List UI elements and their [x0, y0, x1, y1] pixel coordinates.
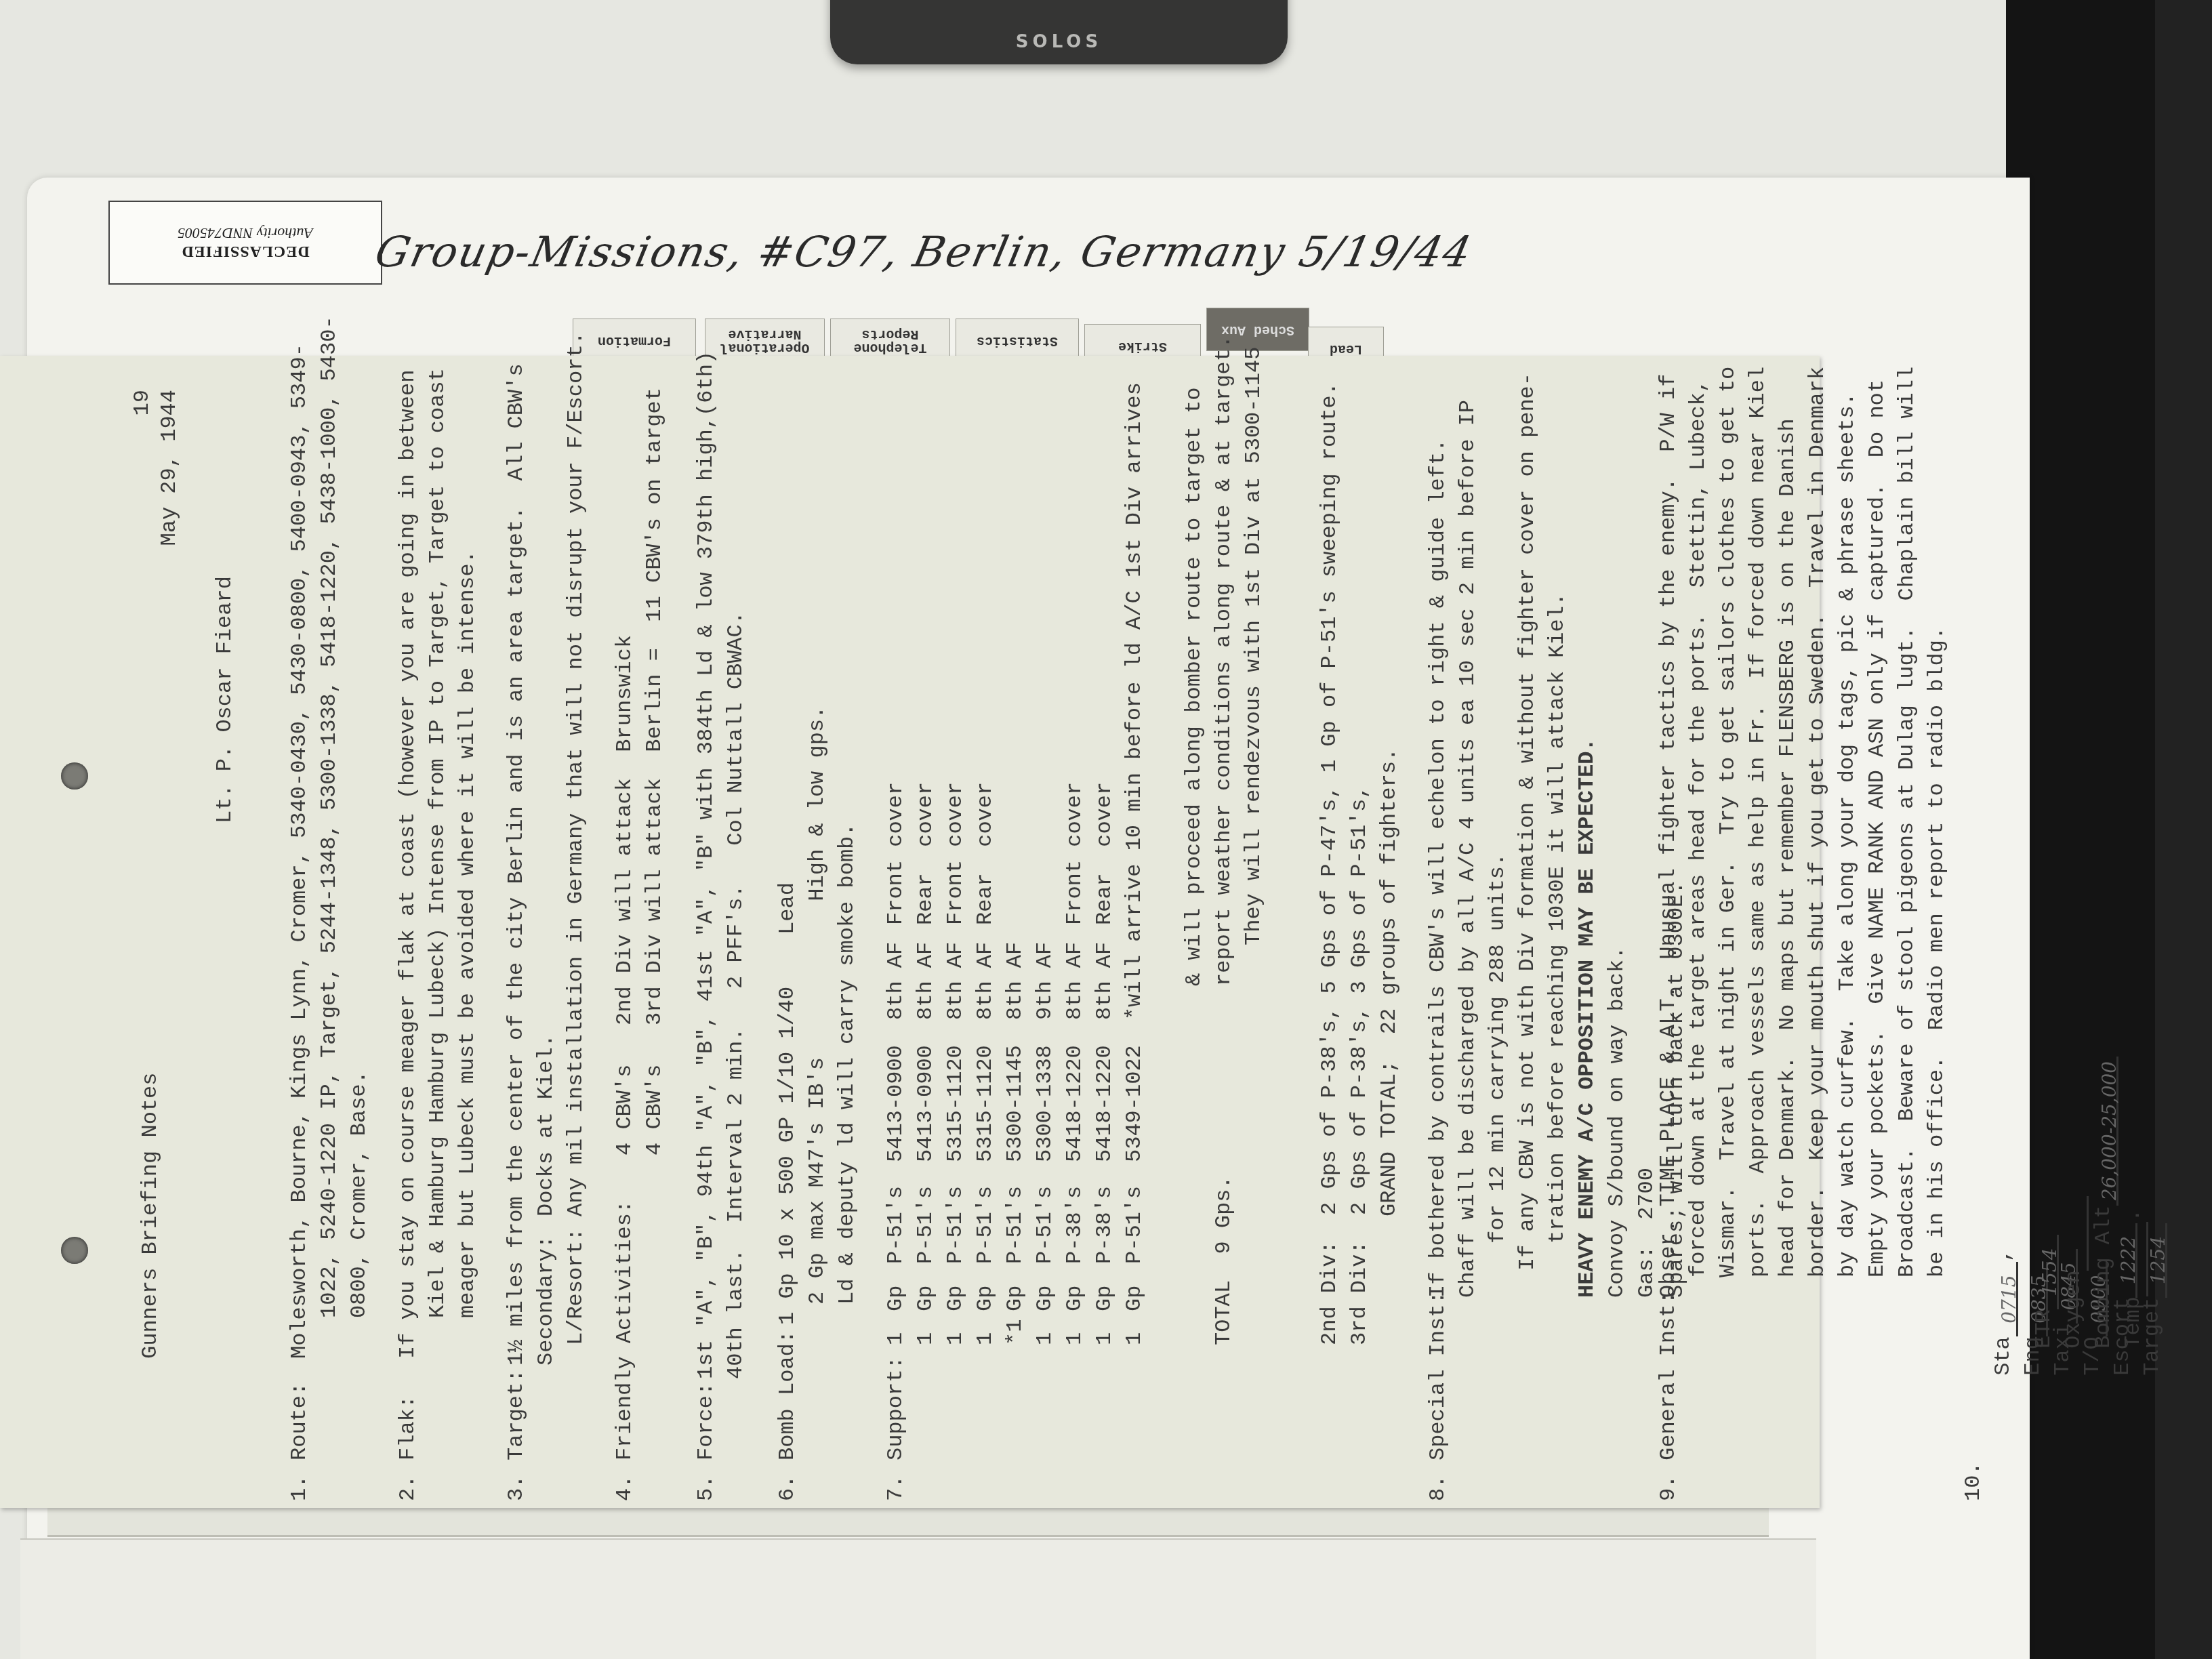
section-label: Force:	[691, 1382, 721, 1460]
general-instruction-line: Empty your pockets. Give NAME RANK AND A…	[1862, 380, 1892, 1277]
support-note: report weather conditions along route & …	[1209, 335, 1239, 986]
target-secondary: Docks at Kiel.	[531, 1034, 561, 1216]
target-last-resort: Any mil installation in Germany that wil…	[561, 331, 591, 1216]
support-unit: Gp	[1030, 1286, 1060, 1311]
section-label: Support:	[881, 1356, 911, 1460]
support-time: 5300-1338	[1030, 1045, 1060, 1162]
temp-label: Temp	[2121, 1296, 2146, 1349]
support-role: *will arrive 10 min before ld A/C 1st Di…	[1120, 382, 1149, 1020]
oxygen-value[interactable]	[2065, 1196, 2089, 1271]
support-time: 5418-1220	[1060, 1045, 1090, 1162]
section-number: 3.	[501, 1460, 531, 1501]
briefing-notes-content: Gunners Briefing Notes 19 May 29, 1944 L…	[129, 376, 1837, 1501]
section-number: 1.	[285, 1460, 314, 1501]
special-instruction-line: If any CBW is not with Div formation & w…	[1513, 373, 1542, 1271]
section-number: 9.	[1654, 1460, 1683, 1501]
support-grand-total: GRAND TOTAL; 22 groups of fighters.	[1374, 748, 1404, 1216]
folder-handwritten-title: Group-Missions, #C97, Berlin, Germany 5/…	[371, 227, 1477, 276]
support-qty: 1	[941, 1332, 970, 1345]
bomb-load-line: 2 Gp max M47's IB's High & low gps.	[802, 706, 832, 1305]
bombing-alt-label: Bombing Alt	[2091, 1206, 2116, 1349]
folder-lower-panel	[20, 1538, 1816, 1659]
support-qty: 1	[911, 1332, 941, 1345]
support-role: Front cover	[881, 782, 911, 925]
special-instruction-line: Convoy S/bound on way back.	[1602, 947, 1632, 1298]
support-3rd-div: 3rd Div: 2 Gps of P-38's, 3 Gps of P-51'…	[1345, 785, 1374, 1345]
section-label: General Inst:	[1654, 1291, 1683, 1460]
document-title: Gunners Briefing Notes	[136, 1073, 165, 1359]
section-label: Route:	[285, 1382, 314, 1460]
special-instruction-line: HEAVY ENEMY A/C OPPOSITION MAY BE EXPECT…	[1572, 738, 1602, 1298]
support-qty: *1	[1000, 1319, 1030, 1345]
support-role: Rear cover	[911, 782, 941, 925]
punch-hole	[61, 1237, 88, 1264]
support-role: Front cover	[941, 782, 970, 925]
section-label: Target:	[501, 1370, 531, 1460]
section-label: Flak:	[393, 1395, 423, 1460]
support-role: Front cover	[1060, 782, 1090, 925]
general-instruction-line: Wismar. Travel at night in Ger. Try to g…	[1713, 367, 1743, 1277]
general-instruction-line: ports. Approach vessels same as help in …	[1743, 367, 1773, 1277]
support-aircraft: P-51's	[1000, 1186, 1030, 1264]
support-unit: Gp	[970, 1286, 1000, 1311]
support-note: & will proceed along bomber route to tar…	[1179, 388, 1209, 986]
target-last-resort-label: L/Resort:	[561, 1228, 591, 1345]
route-line: 0800, Cromer, Base.	[344, 1071, 374, 1318]
flak-line: meager but Lubeck must be avoided where …	[453, 550, 483, 1318]
section-number: 7.	[881, 1460, 911, 1501]
support-aircraft: P-51's	[1030, 1186, 1060, 1264]
special-instruction-line: Chaff will be discharged by all A/C 4 un…	[1453, 400, 1483, 1298]
support-time: 5418-1220	[1090, 1045, 1120, 1162]
friendly-line: 4 CBW's 2nd Div will attack Brunswick	[610, 635, 640, 1155]
support-air-force: 8th AF	[1060, 942, 1090, 1020]
scanner-device: SOLOS	[830, 0, 1288, 64]
temp-value[interactable]	[2125, 1222, 2148, 1296]
support-qty: 1	[1120, 1332, 1149, 1345]
target-primary: 1½ miles from the center of the city Ber…	[501, 363, 531, 1366]
route-line: Molesworth, Bourne, Kings Lynn, Cromer, …	[285, 344, 314, 1359]
support-air-force: 9th AF	[1030, 942, 1060, 1020]
stamp-authority: Authority NND745005	[178, 225, 313, 243]
support-role: Rear cover	[970, 782, 1000, 925]
support-unit: Gp	[911, 1286, 941, 1311]
support-time: 5300-1145	[1000, 1045, 1030, 1162]
support-unit: Gp	[881, 1286, 911, 1311]
section-label: Bomb Load:	[773, 1330, 802, 1460]
support-time: 5413-0900	[881, 1045, 911, 1162]
stamp-title: DECLASSIFIED	[181, 243, 309, 261]
support-aircraft: P-51's	[911, 1186, 941, 1264]
support-unit: Gp	[1120, 1286, 1149, 1311]
section-number: 5.	[691, 1460, 721, 1501]
support-unit: Gp	[1000, 1286, 1030, 1311]
general-instruction-line: Obser. TIME PLACE & ALT. Unusual fighter…	[1654, 374, 1683, 1298]
general-instruction-line: head for Denmark. No maps but remember F…	[1773, 419, 1803, 1277]
support-aircraft: P-51's	[881, 1186, 911, 1264]
support-role: Rear cover	[1090, 782, 1120, 925]
support-total: TOTAL 9 Gps.	[1209, 1176, 1239, 1345]
support-2nd-div: 2nd Div: 2 Gps of P-38's, 5 Gps of P-47'…	[1315, 382, 1345, 1345]
route-line: 1022, 5240-1220 IP, Target, 5244-1348, 5…	[314, 316, 344, 1318]
support-time: 5349-1022	[1120, 1045, 1149, 1162]
support-air-force: 8th AF	[1000, 942, 1030, 1020]
bomb-load-line: 1 Gp 10 x 500 GP 1/10 1/40 Lead	[773, 882, 802, 1325]
support-aircraft: P-51's	[1120, 1186, 1149, 1264]
document-header: Gunners Briefing Notes 19 May 29, 1944	[129, 376, 169, 1501]
support-aircraft: P-38's	[1060, 1186, 1090, 1264]
support-air-force: 8th AF	[970, 942, 1000, 1020]
section-number: 8.	[1423, 1460, 1453, 1501]
support-unit: Gp	[941, 1286, 970, 1311]
general-instruction-line: forced down at the target areas head for…	[1683, 380, 1713, 1277]
page-number: 19	[129, 390, 156, 546]
etr-label: ETR	[2031, 1309, 2056, 1349]
flak-line: Kiel & Hamburg Hamburg Lubeck) Intense f…	[423, 368, 453, 1318]
support-air-force: 8th AF	[911, 942, 941, 1020]
support-qty: 1	[881, 1332, 911, 1345]
support-aircraft: P-51's	[941, 1186, 970, 1264]
target-secondary-label: Secondary:	[531, 1235, 561, 1366]
support-time: 5315-1120	[941, 1045, 970, 1162]
section-number: 6.	[773, 1460, 802, 1501]
special-instruction-line: for 12 min carrying 288 units.	[1483, 853, 1513, 1244]
bombing-alt-value[interactable]: 26,000-25,000	[2095, 1057, 2118, 1206]
section-number: 4.	[610, 1460, 640, 1501]
oxygen-label: Oxygen	[2061, 1271, 2086, 1349]
device-label: SOLOS	[830, 32, 1288, 52]
declassified-stamp: DECLASSIFIED Authority NND745005	[108, 201, 382, 285]
flak-line: If you stay on course meager flak at coa…	[393, 370, 423, 1359]
support-time: 5315-1120	[970, 1045, 1000, 1162]
support-air-force: 8th AF	[941, 942, 970, 1020]
support-aircraft: P-38's	[1090, 1186, 1120, 1264]
general-instruction-line: be in his office. Radio men report to ra…	[1922, 627, 1952, 1277]
special-instruction-line: If bothered by contrails CBW's will eche…	[1423, 439, 1453, 1298]
punch-hole	[61, 762, 88, 790]
general-instruction-line: Broadcast. Beware of stool pigeons at Du…	[1892, 367, 1922, 1277]
section-label: Friendly Activities:	[610, 1200, 640, 1460]
section-label: Special Inst:	[1423, 1291, 1453, 1460]
support-aircraft: P-51's	[970, 1186, 1000, 1264]
etr-value[interactable]: 1554	[2035, 1235, 2059, 1309]
general-instruction-line: by day watch curfew. Take along your dog…	[1832, 392, 1862, 1277]
support-unit: Gp	[1060, 1286, 1090, 1311]
special-instruction-line: tration before reaching 1030E it will at…	[1542, 593, 1572, 1244]
header-right: 19 May 29, 1944	[129, 390, 183, 546]
support-time: 5413-0900	[911, 1045, 941, 1162]
general-instruction-line: border. Keep your mouth shut if you get …	[1803, 367, 1832, 1277]
support-qty: 1	[1090, 1332, 1120, 1345]
support-qty: 1	[970, 1332, 1000, 1345]
support-air-force: 8th AF	[1090, 942, 1120, 1020]
briefing-officer: Lt. P. Oscar Fieard	[210, 576, 240, 823]
friendly-line: 4 CBW's 3rd Div will attack Berlin = 11 …	[640, 388, 670, 1155]
force-line: 40th last. Interval 2 min. 2 PFF's. Col …	[721, 611, 751, 1379]
bomb-load-line: Ld & deputy ld will carry smoke bomb.	[832, 823, 862, 1305]
force-line: 1st "A", "B", 94th "A", "B", 41st "A", "…	[691, 351, 721, 1379]
support-note: They will rendezvous with 1st Div at 530…	[1239, 347, 1269, 945]
section-number: 2.	[393, 1460, 423, 1501]
section-number: 10.	[1959, 1460, 1988, 1501]
times-row-2: ETR1554 Oxygen Bombing Alt26,000-25,000 …	[1999, 1057, 2178, 1427]
page-stack-edge	[47, 1508, 1769, 1537]
support-unit: Gp	[1090, 1286, 1120, 1311]
document-date: May 29, 1944	[156, 390, 183, 546]
support-air-force: 8th AF	[881, 942, 911, 1020]
support-qty: 1	[1060, 1332, 1090, 1345]
support-qty: 1	[1030, 1332, 1060, 1345]
